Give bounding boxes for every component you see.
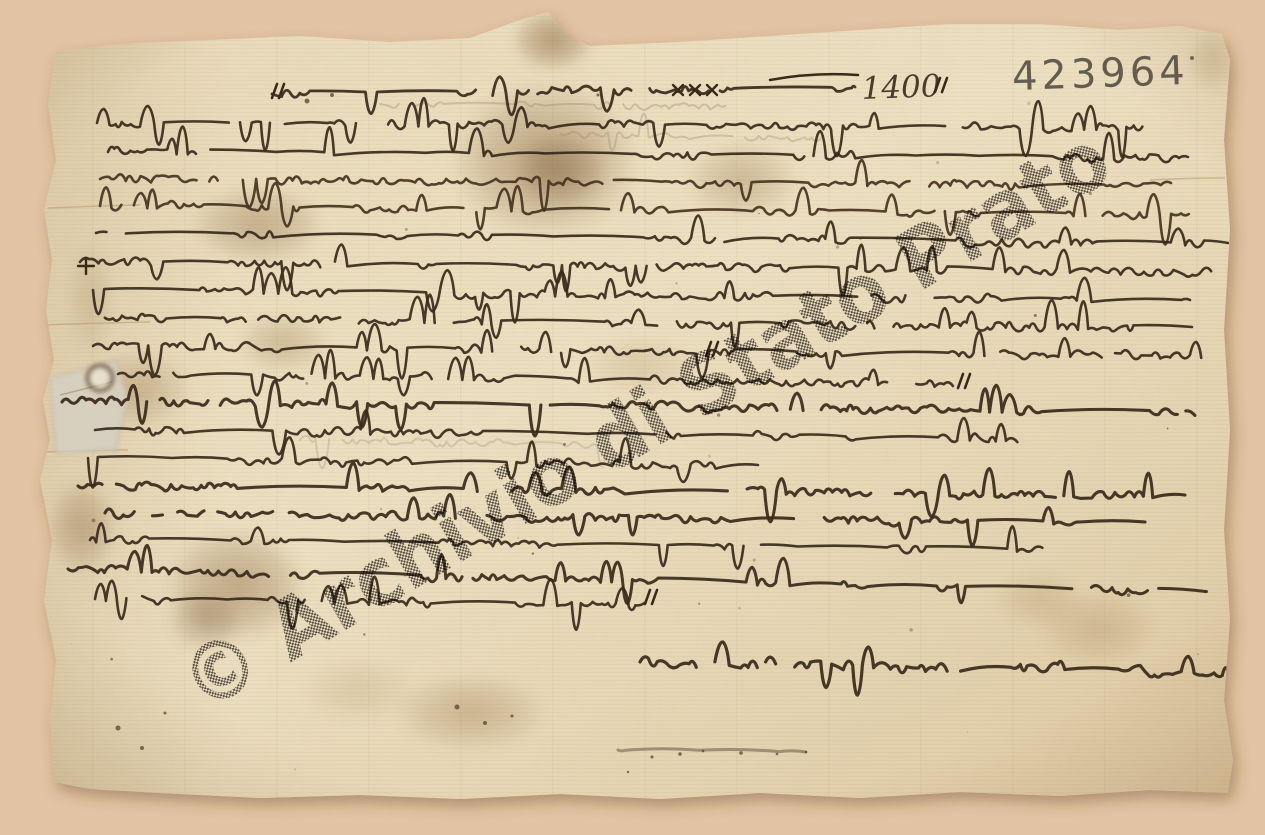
ink-speck: [455, 705, 460, 710]
ink-speck: [936, 161, 939, 164]
ink-speck: [1197, 653, 1199, 655]
ink-speck: [1034, 314, 1037, 317]
ink-speck: [1167, 428, 1169, 430]
ink-speck: [305, 99, 310, 104]
ink-speck: [1190, 56, 1194, 60]
heading-year-1400: 1400: [861, 68, 941, 107]
ink-speck: [967, 731, 968, 732]
ink-speck: [405, 228, 408, 231]
ink-speck: [1127, 593, 1131, 597]
ink-speck: [698, 603, 700, 605]
ink-speck: [758, 213, 759, 214]
ink-speck: [116, 726, 121, 731]
ink-speck: [678, 752, 682, 756]
ink-speck: [708, 455, 711, 458]
archive-number: 423964: [1011, 48, 1189, 100]
ink-speck: [110, 658, 113, 661]
ink-speck: [164, 712, 167, 715]
ink-speck: [738, 607, 740, 609]
ink-speck: [909, 628, 913, 632]
ink-speck: [247, 400, 250, 403]
ink-speck: [675, 282, 677, 284]
ink-speck: [92, 519, 96, 523]
letter-illustration: 1400 © Archivio di Stato Prato 423964: [0, 0, 1265, 835]
ink-speck: [587, 605, 589, 607]
burn-hole: [88, 366, 112, 390]
ink-speck: [380, 508, 382, 510]
stain: [995, 570, 1085, 630]
ink-speck: [330, 93, 334, 97]
manuscript-scan: 1400 © Archivio di Stato Prato 423964: [0, 0, 1265, 835]
ink-speck: [516, 374, 517, 375]
ink-speck: [836, 245, 839, 248]
ink-speck: [776, 753, 779, 756]
ink-speck: [597, 94, 600, 97]
ink-speck: [532, 552, 534, 554]
ink-speck: [805, 751, 807, 753]
ink-speck: [71, 643, 72, 644]
ink-speck: [627, 771, 629, 773]
ink-speck: [294, 768, 296, 770]
ink-speck: [483, 721, 487, 725]
ink-speck: [739, 751, 743, 755]
ink-speck: [1027, 102, 1030, 105]
ink-speck: [702, 750, 705, 753]
stain: [512, 130, 608, 210]
ink-speck: [753, 559, 756, 562]
ink-speck: [511, 715, 514, 718]
ink-speck: [305, 382, 308, 385]
ink-speck: [651, 756, 654, 759]
ink-speck: [140, 746, 144, 750]
stain: [46, 479, 118, 575]
